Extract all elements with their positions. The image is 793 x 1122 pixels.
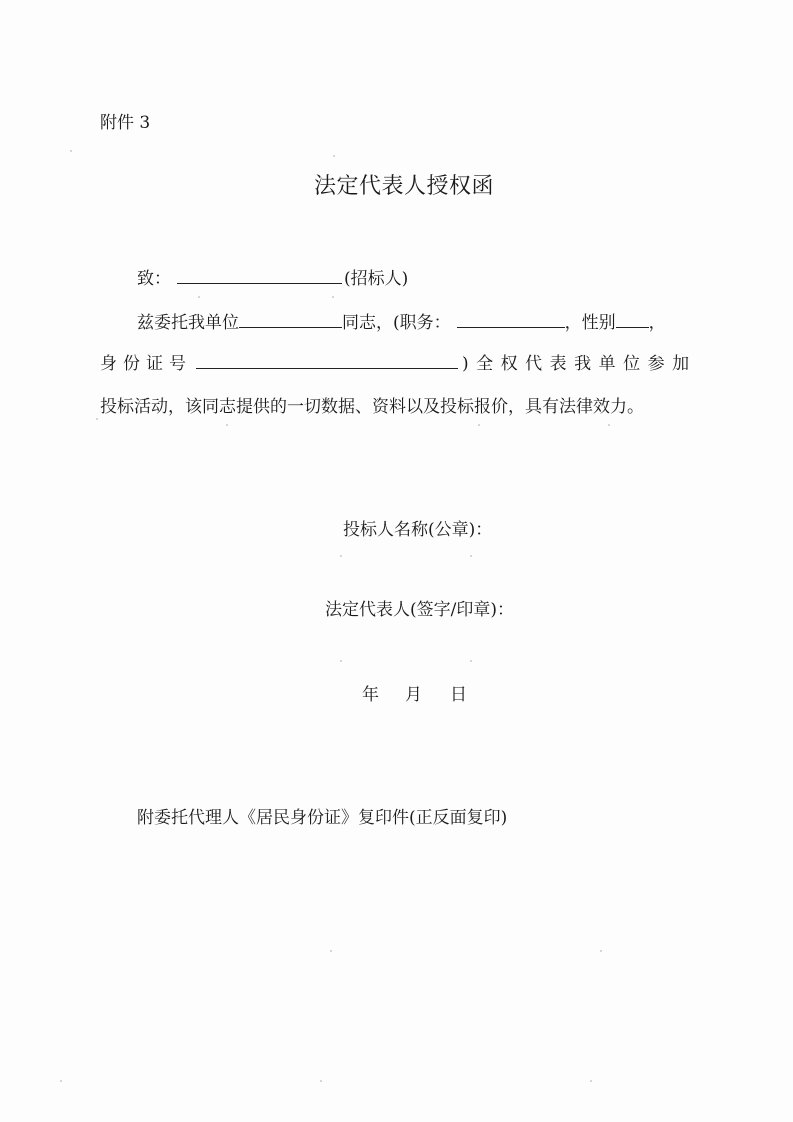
id-number-blank-field[interactable] [196,350,458,369]
entrust-end: ， [649,313,666,333]
entrust-middle: 同志，(职务： [342,313,451,333]
scan-speck [340,660,342,662]
gender-label: ，性别 [565,313,616,333]
scan-speck [330,950,332,952]
entrust-prefix: 兹委托我单位 [137,313,239,333]
attachment-note: 附委托代理人《居民身份证》复印件(正反面复印) [137,806,507,830]
addressee-line: 致：(招标人) [137,265,408,291]
addressee-prefix: 致： [137,269,171,289]
position-blank-field[interactable] [457,309,565,328]
legal-effect-line: 投标活动，该同志提供的一切数据、资料以及投标报价，具有法律效力。 [100,395,644,419]
tenderer-blank-field[interactable] [177,265,342,284]
gender-blank-field[interactable] [616,309,649,328]
id-prefix: 身份证号 [100,354,192,374]
scan-speck [470,555,472,557]
scan-speck [198,296,200,298]
scan-speck [478,424,480,426]
scan-speck [590,1080,592,1082]
scan-speck [96,418,98,420]
date-month-label: 月 [405,683,422,707]
scan-speck [340,555,342,557]
attachment-label: 附件 3 [100,108,150,133]
entrust-line: 兹委托我单位同志，(职务：，性别， [137,309,666,335]
scan-speck [332,296,334,298]
legal-representative-signature-label: 法定代表人(签字/印章)： [325,598,514,622]
id-suffix: )全权代表我单位参加 [462,354,697,374]
id-number-line: 身份证号)全权代表我单位参加 [100,350,697,376]
date-day-label: 日 [450,683,467,707]
scan-speck [320,1080,322,1082]
scan-speck [226,424,228,426]
document-page: 附件 3 法定代表人授权函 致：(招标人) 兹委托我单位同志，(职务：，性别， … [0,0,793,1122]
scan-speck [600,950,602,952]
date-line: 年月日 [362,683,467,707]
scan-speck [333,155,335,157]
delegate-name-blank-field[interactable] [239,309,342,328]
scan-speck [70,150,72,152]
date-year-label: 年 [362,683,379,707]
bidder-name-seal-label: 投标人名称(公章)： [343,518,492,542]
tenderer-suffix: (招标人) [344,269,408,289]
scan-speck [60,1080,62,1082]
scan-speck [470,660,472,662]
document-title: 法定代表人授权函 [314,169,494,200]
scan-speck [608,424,610,426]
